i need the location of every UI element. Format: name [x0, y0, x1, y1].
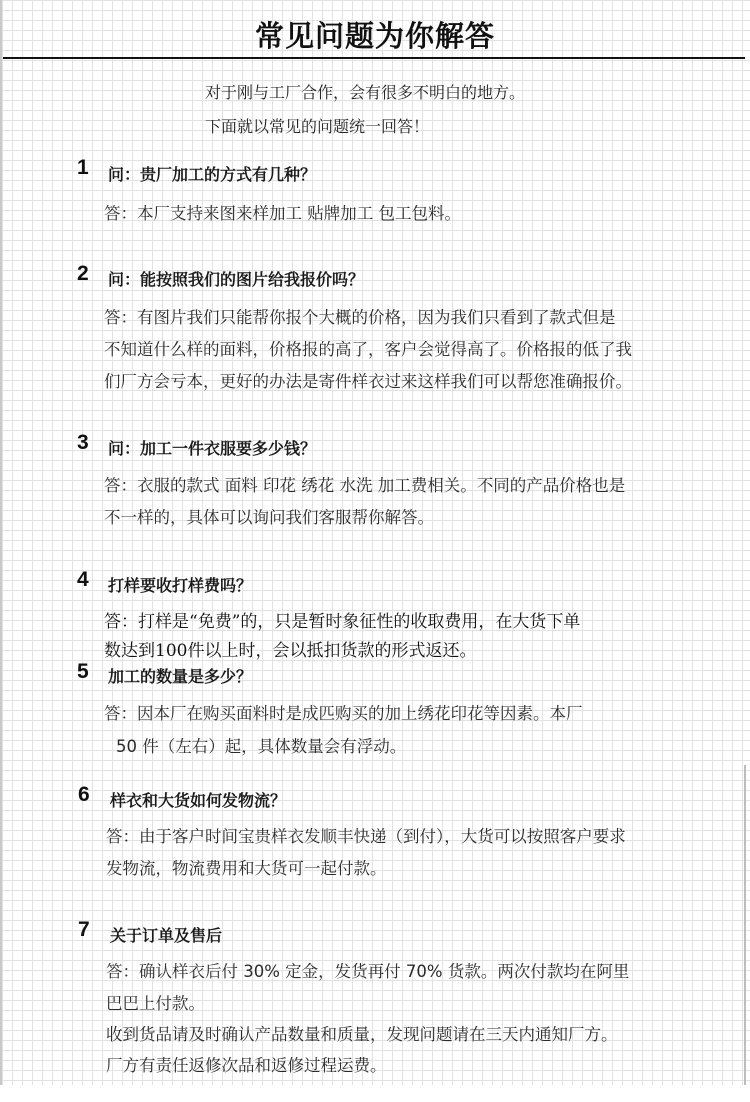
- answer-line: 答：因本厂在购买面料时是成匹购买的加上绣花印花等因素。本厂: [104, 700, 583, 724]
- question-text: 问：加工一件衣服要多少钱？: [108, 436, 316, 459]
- title-divider: [3, 57, 745, 59]
- question-text: 加工的数量是多少？: [108, 664, 252, 687]
- answer-line: 发物流，物流费用和大货可一起付款。: [106, 855, 387, 879]
- answer-line: 不知道什么样的面料，价格报的高了，客户会觉得高了。价格报的低了我: [104, 336, 632, 360]
- question-text: 问：贵厂加工的方式有几种？: [108, 162, 316, 185]
- question-text: 样衣和大货如何发物流？: [110, 788, 286, 811]
- question-number: 3: [77, 431, 89, 455]
- intro-line: 下面就以常见的问题统一回答！: [205, 114, 429, 137]
- question-number: 7: [78, 918, 90, 942]
- answer-line: 巴巴上付款。: [106, 990, 205, 1014]
- answer-line: 50 件（左右）起，具体数量会有浮动。: [116, 733, 406, 757]
- answer-line: 不一样的，具体可以询问我们客服帮你解答。: [104, 504, 434, 528]
- answer-line: 收到货品请及时确认产品数量和质量，发现问题请在三天内通知厂方。: [106, 1021, 618, 1045]
- question-number: 4: [77, 568, 89, 592]
- question-text: 关于订单及售后: [110, 923, 222, 946]
- answer-line: 答：本厂支持来图来样加工 贴牌加工 包工包料。: [104, 200, 461, 224]
- answer-line: 数达到100件以上时，会以抵扣货款的形式返还。: [104, 636, 476, 661]
- question-number: 2: [77, 262, 89, 286]
- panel-border: [744, 765, 746, 1085]
- answer-line: 答：打样是“免费”的，只是暂时象征性的收取费用，在大货下单: [104, 607, 580, 632]
- question-number: 5: [77, 660, 89, 684]
- question-number: 6: [78, 783, 90, 807]
- answer-line: 厂方有责任返修次品和返修过程运费。: [106, 1052, 387, 1076]
- intro-line: 对于刚与工厂合作，会有很多不明白的地方。: [205, 80, 525, 103]
- answer-line: 答：由于客户时间宝贵样衣发顺丰快递（到付），大货可以按照客户要求: [106, 823, 626, 847]
- page-title: 常见问题为你解答: [0, 14, 750, 55]
- answer-line: 们厂方会亏本，更好的办法是寄件样衣过来这样我们可以帮您准确报价。: [104, 368, 632, 392]
- answer-line: 答：有图片我们只能帮你报个大概的价格，因为我们只看到了款式但是: [104, 304, 616, 328]
- question-text: 问：能按照我们的图片给我报价吗？: [108, 267, 364, 290]
- answer-line: 答：确认样衣后付 30% 定金，发货再付 70% 货款。两次付款均在阿里: [106, 958, 629, 982]
- question-number: 1: [77, 156, 89, 180]
- question-text: 打样要收打样费吗？: [108, 573, 252, 596]
- answer-line: 答：衣服的款式 面料 印花 绣花 水洗 加工费相关。不同的产品价格也是: [104, 472, 625, 496]
